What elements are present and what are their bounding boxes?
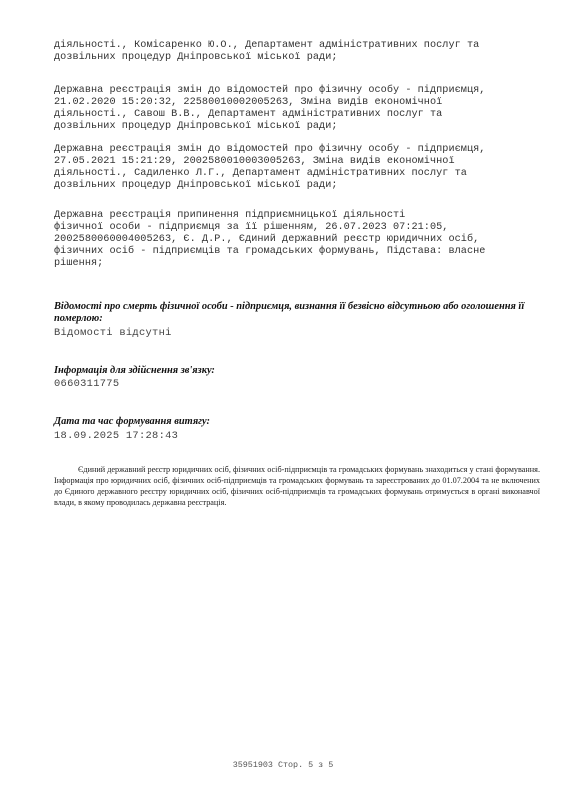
registration-entry: діяльності., Комісаренко Ю.О., Департаме… <box>54 40 544 64</box>
extract-date-value: 18.09.2025 17:28:43 <box>54 430 178 442</box>
death-info-heading: Відомості про смерть фізичної особи - пі… <box>54 301 534 325</box>
registration-entry: Державна реєстрація змін до відомостей п… <box>54 144 544 192</box>
contact-info-heading: Інформація для здійснення зв'язку: <box>54 365 534 377</box>
document-page: діяльності., Комісаренко Ю.О., Департаме… <box>0 0 566 800</box>
registration-entry: Державна реєстрація припинення підприємн… <box>54 210 544 270</box>
registration-entry: Державна реєстрація змін до відомостей п… <box>54 85 544 133</box>
contact-info-value: 0660311775 <box>54 378 119 390</box>
registry-disclaimer-note: Єдиний державний реєстр юридичних осіб, … <box>54 464 540 508</box>
extract-date-heading: Дата та час формування витягу: <box>54 416 534 428</box>
page-footer: 35951903 Стор. 5 з 5 <box>0 760 566 770</box>
death-info-value: Відомості відсутні <box>54 327 172 339</box>
